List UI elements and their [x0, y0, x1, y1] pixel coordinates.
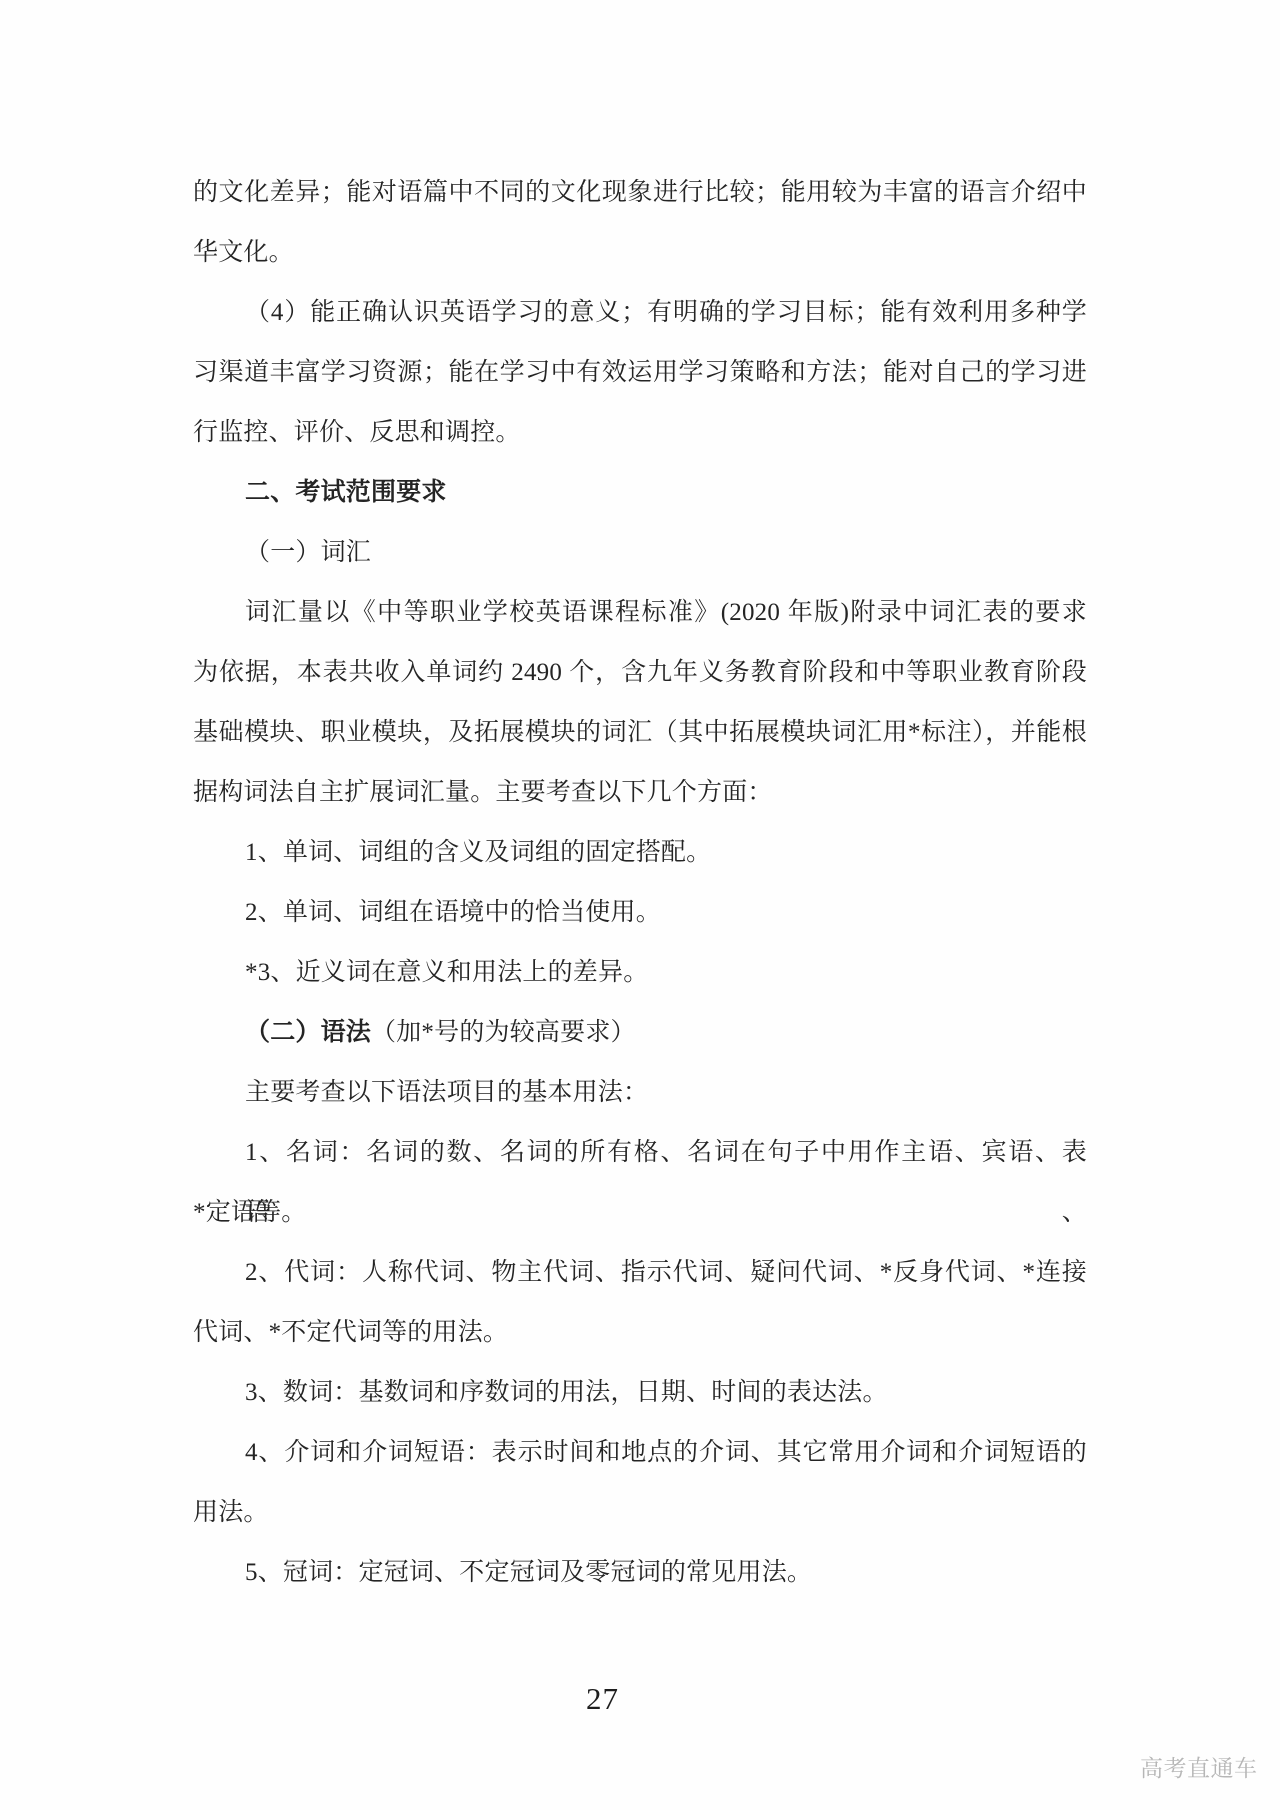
list-item: 3、数词：基数词和序数词的用法，日期、时间的表达法。 — [193, 1363, 1087, 1423]
page-number: 27 — [586, 1682, 619, 1716]
doc-line: 为依据，本表共收入单词约 2490 个，含九年义务教育阶段和中等职业教育阶段 — [193, 643, 1087, 703]
document-page: 的文化差异；能对语篇中不同的文化现象进行比较；能用较为丰富的语言介绍中 华文化。… — [0, 0, 1280, 1810]
text-block: 的文化差异；能对语篇中不同的文化现象进行比较；能用较为丰富的语言介绍中 华文化。… — [193, 163, 1087, 1603]
subsection-heading-vocabulary: （一）词汇 — [193, 523, 1087, 583]
subsection-heading-grammar: （二）语法（加*号的为较高要求） — [193, 1003, 1087, 1063]
doc-line: 华文化。 — [193, 223, 1087, 283]
doc-line: 习渠道丰富学习资源；能在学习中有效运用学习策略和方法；能对自己的学习进 — [193, 343, 1087, 403]
doc-line: 行监控、评价、反思和调控。 — [193, 403, 1087, 463]
list-item: 1、名词：名词的数、名词的所有格、名词在句子中用作主语、宾语、表语、 — [193, 1123, 1087, 1183]
watermark: 高考直通车 — [1140, 1754, 1258, 1784]
subsection-heading-grammar-title: （二）语法 — [245, 1019, 371, 1046]
section-heading-exam-scope: 二、考试范围要求 — [193, 463, 1087, 523]
list-item: 1、单词、词组的含义及词组的固定搭配。 — [193, 823, 1087, 883]
doc-line: 代词、*不定代词等的用法。 — [193, 1303, 1087, 1363]
doc-line: 基础模块、职业模块，及拓展模块的词汇（其中拓展模块词汇用*标注），并能根 — [193, 703, 1087, 763]
subsection-heading-grammar-note: （加*号的为较高要求） — [371, 1019, 636, 1046]
doc-line: 据构词法自主扩展词汇量。主要考查以下几个方面： — [193, 763, 1087, 823]
list-item: 4、介词和介词短语：表示时间和地点的介词、其它常用介词和介词短语的 — [193, 1423, 1087, 1483]
list-item: 5、冠词：定冠词、不定冠词及零冠词的常见用法。 — [193, 1543, 1087, 1603]
doc-line: 词汇量以《中等职业学校英语课程标准》(2020 年版)附录中词汇表的要求 — [193, 583, 1087, 643]
doc-line: （4）能正确认识英语学习的意义；有明确的学习目标；能有效利用多种学 — [193, 283, 1087, 343]
list-item: 2、代词：人称代词、物主代词、指示代词、疑问代词、*反身代词、*连接 — [193, 1243, 1087, 1303]
doc-line: 用法。 — [193, 1483, 1087, 1543]
doc-line: 的文化差异；能对语篇中不同的文化现象进行比较；能用较为丰富的语言介绍中 — [193, 163, 1087, 223]
doc-line: 主要考查以下语法项目的基本用法： — [193, 1063, 1087, 1123]
list-item: *3、近义词在意义和用法上的差异。 — [193, 943, 1087, 1003]
list-item: 2、单词、词组在语境中的恰当使用。 — [193, 883, 1087, 943]
